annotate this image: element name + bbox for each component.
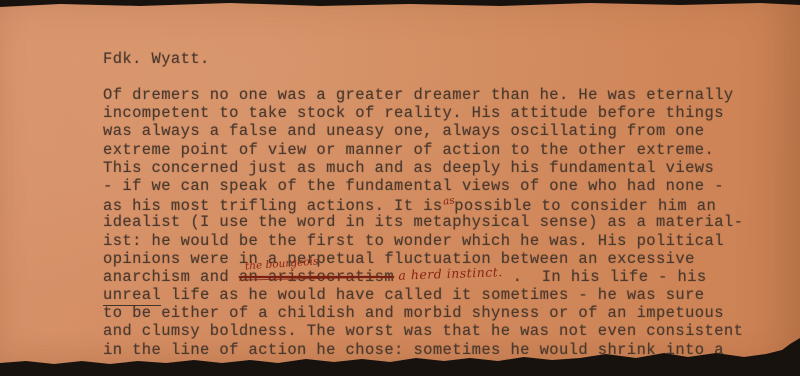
typed-line: as his most trifling actions. It isaspos… [103,195,773,213]
text-segment: Of dremers no one was a greater dreamer … [103,86,734,104]
document-header: Fdk. Wyatt. [103,50,210,68]
typed-line: unreal life as he would have called it s… [103,286,773,304]
typed-line: - if we can speak of the fundamental vie… [103,177,773,195]
typed-line: Of dremers no one was a greater dreamer … [103,86,773,104]
text-segment: to be either of a childish and morbid sh… [103,304,724,322]
typed-line: This concerned just as much and as deepl… [103,159,773,177]
text-segment: This concerned just as much and as deepl… [103,159,714,177]
typed-line: ist: he would be the first to wonder whi… [103,232,773,250]
text-segment: in the line of action he chose: sometime… [103,341,724,359]
photo-background: Fdk. Wyatt. Of dremers no one was a grea… [0,0,800,376]
text-segment: . In his life - his [503,268,707,286]
text-segment: anarchism and [103,268,239,286]
text-segment: ist: he would be the first to wonder whi… [103,232,724,250]
struck-text: an aristocratismthe bourgeois [239,268,394,286]
typed-line: incompetent to take stock of reality. Hi… [103,104,773,122]
text-segment: and clumsy boldness. The worst was that … [103,322,743,340]
typed-line: anarchism and an aristocratismthe bourge… [103,268,773,286]
text-segment: life as he would have called it sometime… [161,286,704,304]
handwritten-insertion: as [442,195,455,208]
text-segment: extreme point of view or manner of actio… [103,141,714,159]
handwritten-correction: a herd instinct. [394,264,503,283]
text-segment: incompetent to take stock of reality. Hi… [103,104,724,122]
typed-line: and clumsy boldness. The worst was that … [103,322,773,340]
text-segment: was always a false and uneasy one, alway… [103,122,705,140]
text-segment: opinions were in a perpetual fluctuation… [103,250,695,268]
typed-line: extreme point of view or manner of actio… [103,141,773,159]
underlined-word: unreal [103,286,161,306]
text-segment: - if we can speak of the fundamental vie… [103,177,724,195]
paper: Fdk. Wyatt. Of dremers no one was a grea… [0,0,800,376]
typed-line: to be either of a childish and morbid sh… [103,304,773,322]
text-segment: idealist (I use the word in its metaphys… [103,213,743,231]
typed-line: idealist (I use the word in its metaphys… [103,213,773,231]
typed-paragraph: Of dremers no one was a greater dreamer … [103,86,773,359]
typed-line: in the line of action he chose: sometime… [103,341,773,359]
typed-line: was always a false and uneasy one, alway… [103,122,773,140]
typed-line: opinions were in a perpetual fluctuation… [103,250,773,268]
